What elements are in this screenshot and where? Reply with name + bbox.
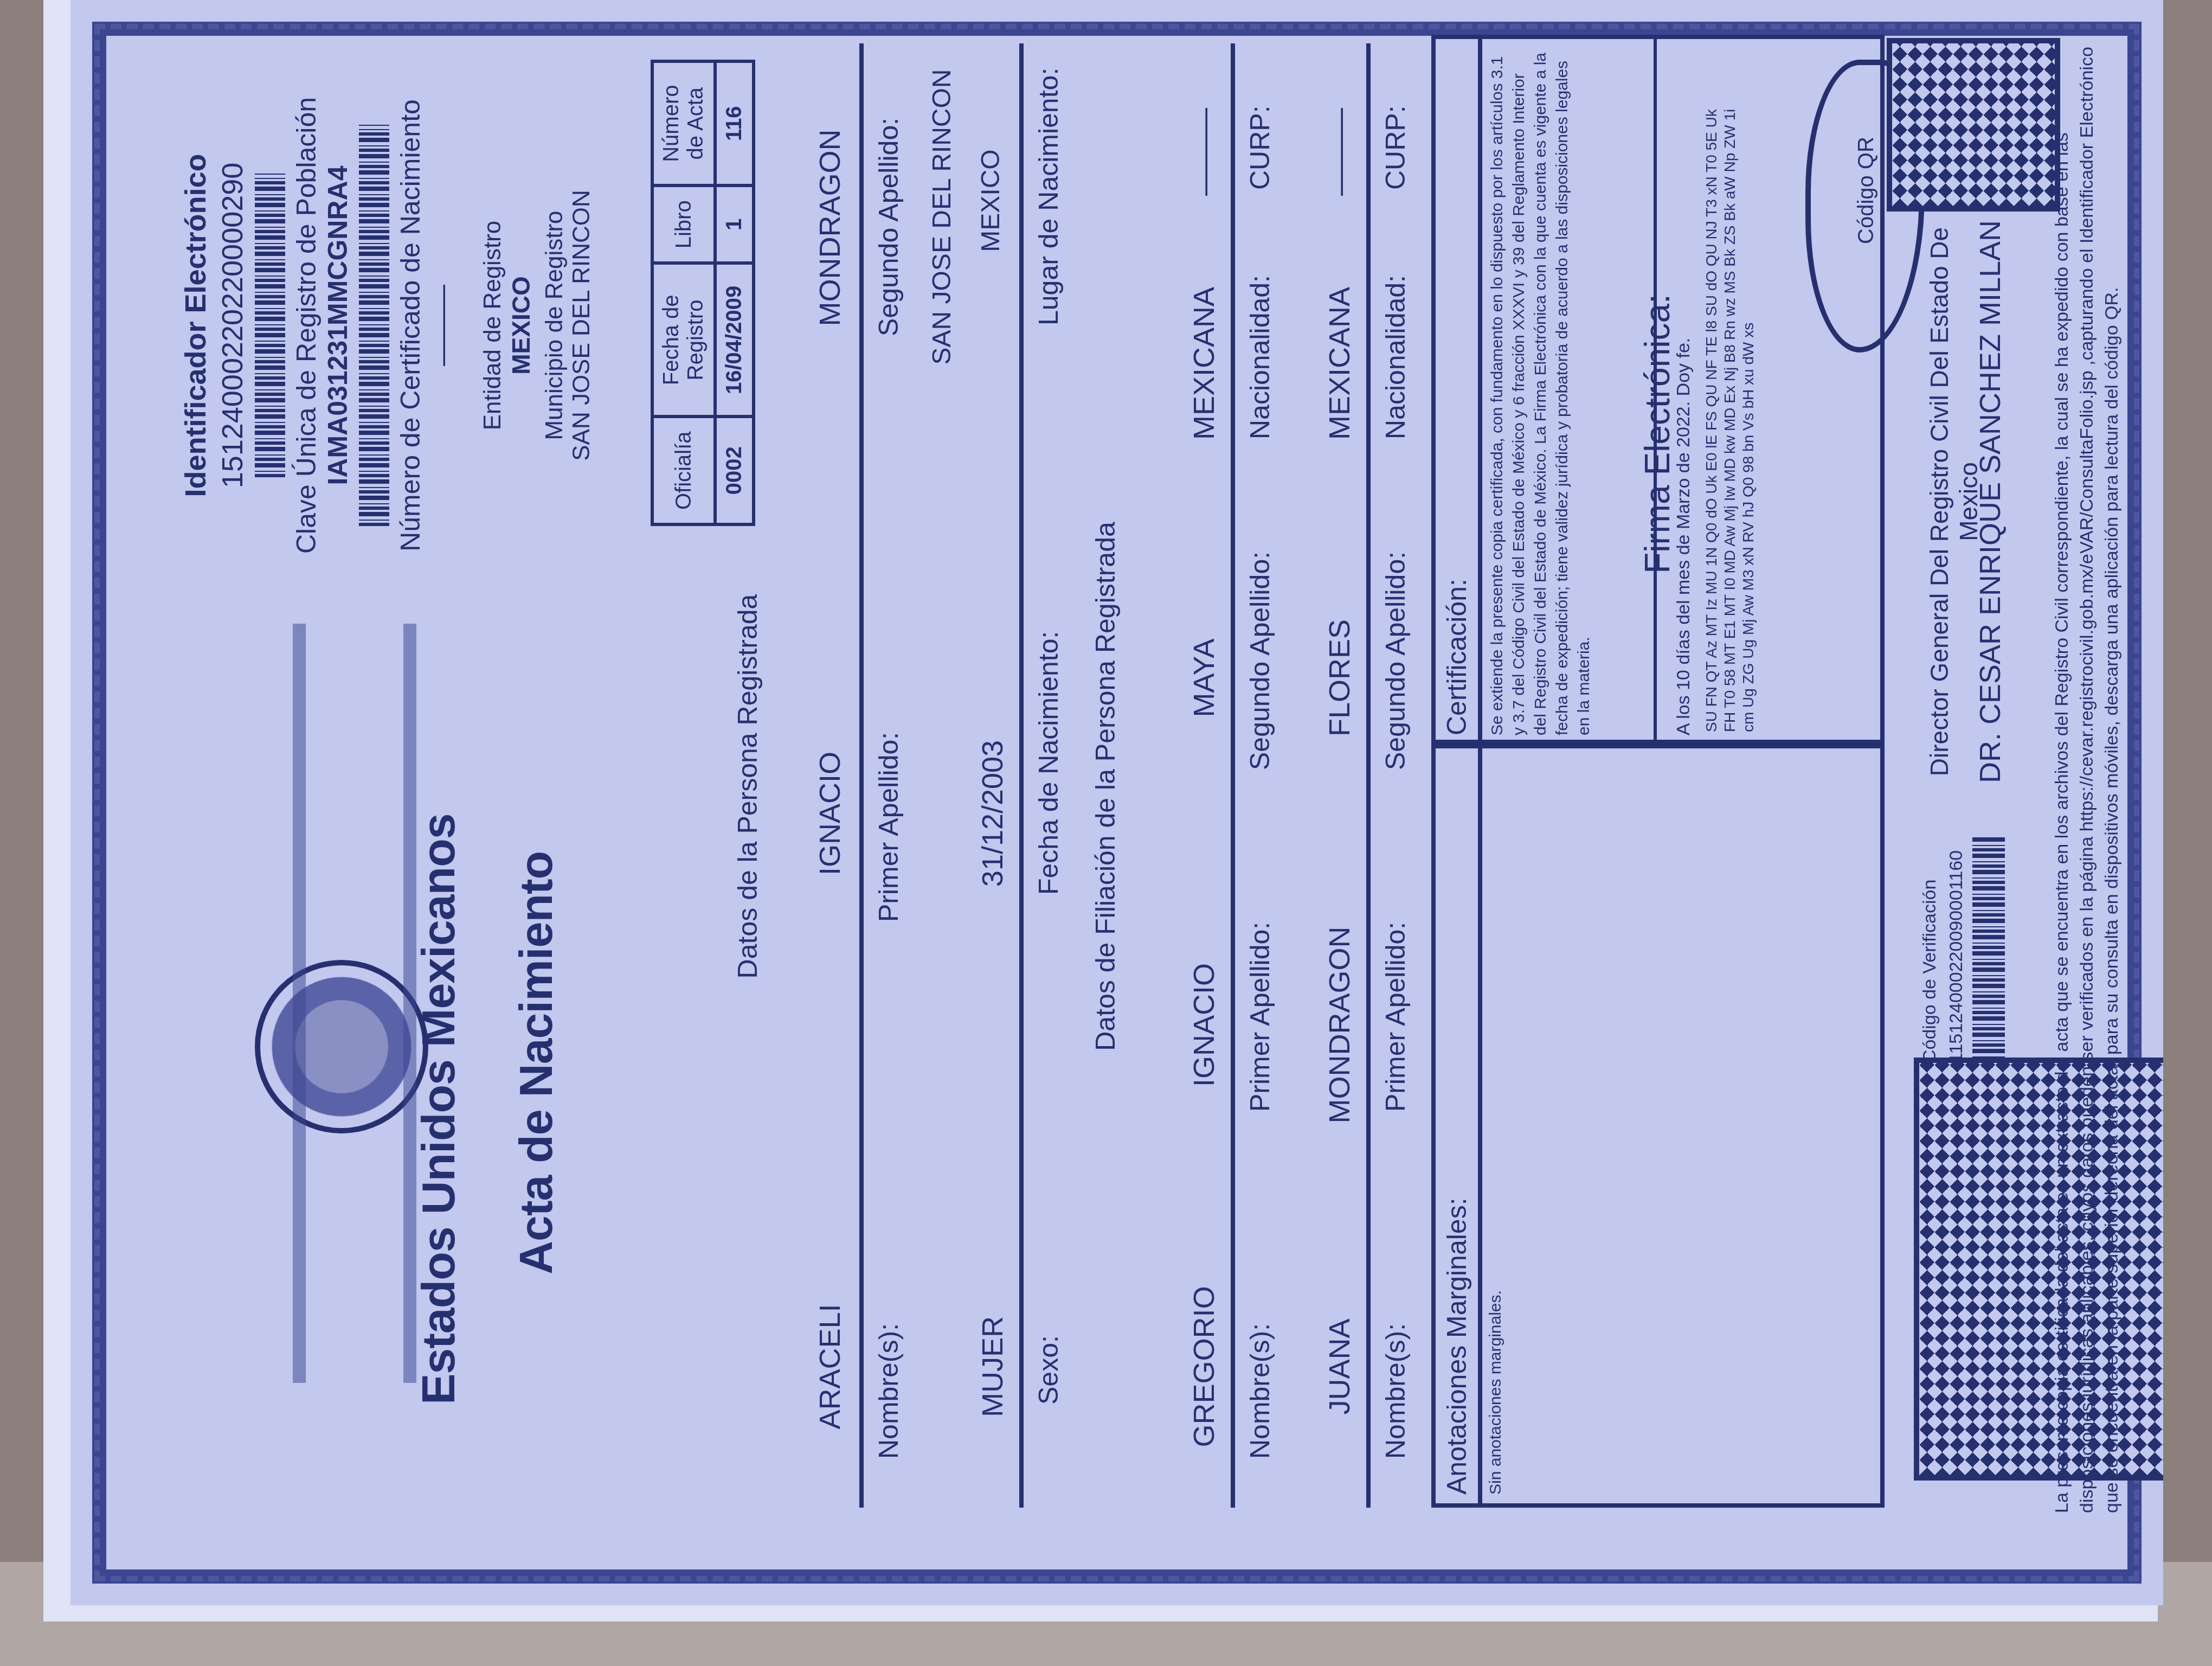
- filiation-section-title: Datos de Filiación de la Persona Registr…: [1090, 407, 1121, 1166]
- parent2-curp-label: CURP:: [1380, 105, 1411, 190]
- registry-header-fecha: Fecha de Registro: [652, 263, 715, 416]
- person-birth-place-state: MEXICO: [976, 92, 1006, 309]
- birth-certificate-number-value: ———: [426, 81, 458, 569]
- person-second-surname: MONDRAGON: [813, 92, 847, 363]
- electronic-signature-hash: SU FN QT Az MT Iz MU 1N Q0 dO Uk E0 lE F…: [1702, 81, 1758, 732]
- parent2-curp: ———: [1323, 98, 1356, 206]
- document-title: Acta de Nacimiento: [510, 851, 563, 1274]
- person-first-surname: IGNACIO: [813, 678, 847, 949]
- parent1-nationality: MEXICANA: [1187, 255, 1221, 472]
- person-birth-date: 31/12/2003: [976, 678, 1009, 949]
- registry-value-fecha: 16/04/2009: [715, 263, 754, 416]
- electronic-id-label: Identificador Electrónico: [179, 81, 213, 569]
- certification-text: Se extiende la presente copia certificad…: [1482, 39, 1657, 744]
- verification-label: Código de Verificación: [1919, 846, 1940, 1063]
- parent1-first-surname-label: Primer Apellido:: [1244, 922, 1276, 1112]
- parent1-rule: [1231, 43, 1235, 1508]
- parent2-first-surname-label: Primer Apellido:: [1380, 922, 1411, 1112]
- person-name-rule: [859, 43, 864, 1508]
- parent1-curp: ———: [1187, 98, 1221, 206]
- registry-municipality-label: Municipio de Registro: [541, 81, 568, 569]
- registry-entity-value: MEXICO: [506, 81, 536, 569]
- signature-hash-line: cm Ug ZG Ug Mj Aw M3 xN RV hJ Q0 98 bn V…: [1739, 81, 1758, 732]
- annotations-text: Sin anotaciones marginales.: [1482, 744, 1509, 1503]
- annotations-box: Anotaciones Marginales: Sin anotaciones …: [1431, 740, 1885, 1508]
- parent1-curp-label: CURP:: [1244, 105, 1276, 190]
- footer-disclaimer: La presente copia certificada del acta e…: [2049, 27, 2124, 1513]
- annotations-title: Anotaciones Marginales:: [1436, 744, 1482, 1503]
- registry-header-numero-acta: Número de Acta: [652, 61, 715, 185]
- registry-header-oficialia: Oficialía: [652, 417, 715, 525]
- registry-value-numero-acta: 116: [715, 61, 754, 185]
- verification-block: Código de Verificación 11512400022009000…: [1919, 846, 2005, 1063]
- registry-header-libro: Libro: [652, 185, 715, 263]
- parent2-nationality-label: Nacionalidad:: [1380, 275, 1411, 439]
- large-qr-code: [1914, 1058, 2163, 1481]
- parent2-first-names-label: Nombre(s):: [1380, 1323, 1411, 1459]
- person-sex: MUJER: [976, 1285, 1009, 1448]
- parent2-first-surname: MONDRAGON: [1323, 917, 1356, 1133]
- registry-value-libro: 1: [715, 185, 754, 263]
- birth-certificate-page: Identificador Electrónico 15124000220220…: [70, 0, 2163, 1605]
- parent2-rule: [1366, 43, 1371, 1508]
- parent2-nationality: MEXICANA: [1323, 255, 1356, 472]
- small-qr-code: [1887, 38, 2060, 212]
- electronic-signature-title: Firma Electrónica:: [1637, 136, 1677, 732]
- parent1-first-names-label: Nombre(s):: [1244, 1323, 1276, 1459]
- parent1-first-surname: IGNACIO: [1187, 917, 1221, 1133]
- electronic-id-barcode: [255, 174, 285, 477]
- country-title: Estados Unidos Mexicanos: [412, 813, 466, 1405]
- parent2-first-names: JUANA: [1323, 1253, 1356, 1481]
- parent1-second-surname-label: Segundo Apellido:: [1244, 552, 1276, 770]
- signer-name: DR. CESAR ENRIQUE SANCHEZ MILLAN: [1973, 190, 2007, 813]
- parent2-second-surname: FLORES: [1323, 569, 1356, 786]
- birth-certificate-number-label: Número de Certificado de Nacimiento: [395, 81, 426, 569]
- curp-label: Clave Única de Registro de Población: [291, 81, 322, 569]
- curp-barcode: [359, 125, 389, 526]
- person-sex-label: Sexo:: [1033, 1335, 1064, 1405]
- person-first-names-label: Nombre(s):: [873, 1323, 904, 1459]
- person-birth-rule: [1019, 43, 1024, 1508]
- registry-entity-label: Entidad de Registro: [479, 81, 506, 569]
- parent1-first-names: GREGORIO: [1187, 1253, 1221, 1481]
- signature-hash-line: FH T0 58 MT E1 MT I0 MD Aw Mj Iw MD kw M…: [1721, 81, 1739, 732]
- person-second-surname-label: Segundo Apellido:: [873, 118, 904, 336]
- qr-code-label: Código QR: [1854, 137, 1879, 244]
- person-birth-place-label: Lugar de Nacimiento:: [1033, 68, 1064, 325]
- signature-hash-line: SU FN QT Az MT Iz MU 1N Q0 dO Uk E0 lE F…: [1702, 81, 1721, 732]
- electronic-id-value: 15124000220220000290: [216, 81, 249, 569]
- registry-municipality-value: SAN JOSE DEL RINCON: [568, 81, 595, 569]
- parent1-nationality-label: Nacionalidad:: [1244, 275, 1276, 439]
- parent2-second-surname-label: Segundo Apellido:: [1380, 552, 1411, 770]
- document-portrait: Identificador Electrónico 15124000220220…: [70, 0, 2163, 1605]
- person-first-names: ARACELI: [813, 1253, 847, 1481]
- seal-ornament-band: [293, 624, 416, 1383]
- verification-barcode: [1972, 835, 2005, 1063]
- verification-code: 115124000220090001160: [1946, 846, 1967, 1063]
- registered-person-section-title: Datos de la Persona Registrada: [732, 407, 763, 1166]
- parent1-second-surname: MAYA: [1187, 569, 1221, 786]
- person-birth-date-label: Fecha de Nacimiento:: [1033, 631, 1064, 895]
- curp-value: IAMA031231MMCGNRA4: [322, 81, 353, 569]
- person-birth-place: SAN JOSE DEL RINCON: [927, 27, 957, 407]
- document-body: Identificador Electrónico 15124000220220…: [130, 60, 2104, 1546]
- certification-title: Certificación:: [1436, 39, 1482, 744]
- person-first-surname-label: Primer Apellido:: [873, 732, 904, 922]
